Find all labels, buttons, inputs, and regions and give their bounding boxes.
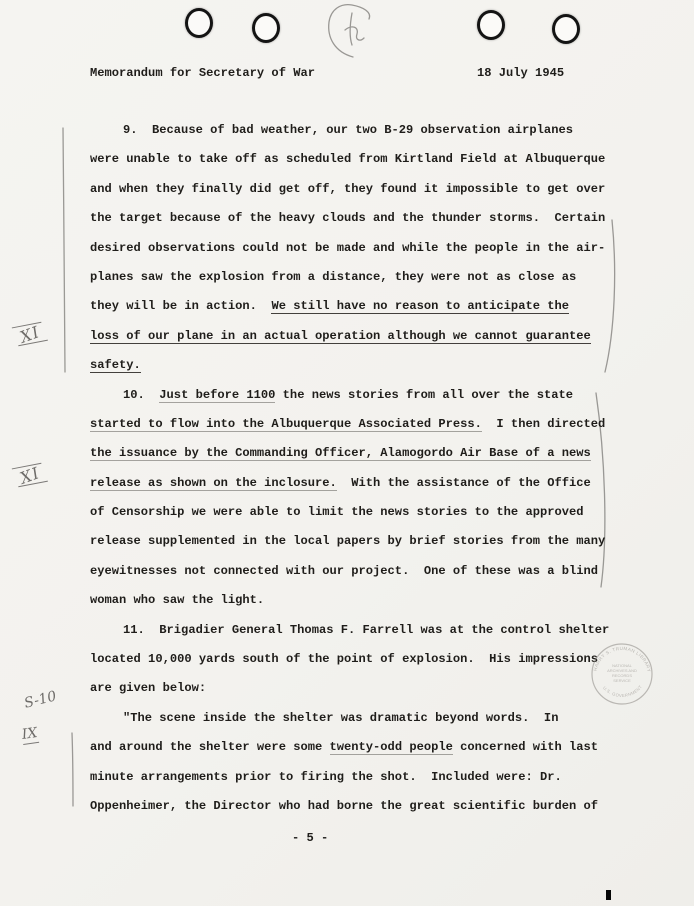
memo-line: located 10,000 yards south of the point …: [90, 645, 650, 674]
memo-line: were unable to take off as scheduled fro…: [90, 145, 650, 174]
memo-line: and around the shelter were some twenty-…: [90, 733, 650, 762]
scan-artifact-mark: [606, 890, 611, 900]
memo-line: eyewitnesses not connected with our proj…: [90, 557, 650, 586]
stamp-center-line: SERVICE: [613, 678, 631, 683]
margin-note-ix: IX: [21, 725, 39, 745]
memo-body: 9. Because of bad weather, our two B-29 …: [90, 116, 650, 821]
pencil-underlined-text: the issuance by the Commanding Officer, …: [90, 446, 591, 461]
memo-line: safety.: [90, 351, 650, 380]
memo-line: started to flow into the Albuquerque Ass…: [90, 410, 650, 439]
hole-punch-icon: [552, 14, 580, 44]
memo-line: minute arrangements prior to firing the …: [90, 763, 650, 792]
margin-line-quote: [72, 733, 73, 806]
memo-line: loss of our plane in an actual operation…: [90, 322, 650, 351]
memo-line: Oppenheimer, the Director who had borne …: [90, 792, 650, 821]
memo-line: of Censorship we were able to limit the …: [90, 498, 650, 527]
pencil-underlined-text: release as shown on the inclosure.: [90, 476, 337, 491]
truman-library-stamp: HARRY S. TRUMAN LIBRARY U.S. GOVERNMENT …: [584, 636, 660, 712]
pencil-underlined-text: Just before 1100: [159, 388, 275, 403]
memo-line: the issuance by the Commanding Officer, …: [90, 439, 650, 468]
underlined-text: safety.: [90, 358, 141, 373]
memo-line: planes saw the explosion from a distance…: [90, 263, 650, 292]
memo-line: and when they finally did get off, they …: [90, 175, 650, 204]
memo-line: are given below:: [90, 674, 650, 703]
memo-line: woman who saw the light.: [90, 586, 650, 615]
margin-line-paragraph9: [63, 128, 65, 372]
svg-text:U.S. GOVERNMENT: U.S. GOVERNMENT: [602, 684, 643, 698]
margin-note-xi-1: XI: [17, 322, 42, 347]
pencil-underlined-text: started to flow into the Albuquerque Ass…: [90, 417, 482, 432]
underlined-text: We still have no reason to anticipate th…: [271, 299, 569, 314]
pencil-underlined-text: twenty-odd people: [330, 740, 453, 755]
handwritten-scribble-icon: [350, 13, 352, 45]
page-number: - 5 -: [292, 831, 328, 845]
hole-punch-icon: [185, 8, 213, 38]
hole-punch-icon: [477, 10, 505, 40]
underlined-text: loss of our plane in an actual operation…: [90, 329, 591, 344]
memo-title: Memorandum for Secretary of War: [90, 66, 315, 80]
memo-line: release supplemented in the local papers…: [90, 527, 650, 556]
memo-line: they will be in action. We still have no…: [90, 292, 650, 321]
memo-line: release as shown on the inclosure. With …: [90, 469, 650, 498]
memo-line: 11. Brigadier General Thomas F. Farrell …: [90, 616, 650, 645]
margin-note-s10: S-10: [23, 688, 59, 711]
memo-line: 10. Just before 1100 the news stories fr…: [90, 381, 650, 410]
hole-punch-icon: [252, 13, 280, 43]
memo-date: 18 July 1945: [477, 66, 564, 80]
memo-page: Memorandum for Secretary of War 18 July …: [0, 0, 694, 906]
margin-note-xi-2: XI: [17, 463, 42, 488]
memo-line: 9. Because of bad weather, our two B-29 …: [90, 116, 650, 145]
memo-line: "The scene inside the shelter was dramat…: [90, 704, 650, 733]
memo-line: the target because of the heavy clouds a…: [90, 204, 650, 233]
handwritten-scribble-icon: [329, 5, 370, 57]
stamp-arc-bottom: U.S. GOVERNMENT: [602, 684, 643, 698]
memo-line: desired observations could not be made a…: [90, 234, 650, 263]
handwritten-scribble-icon: [345, 27, 364, 40]
